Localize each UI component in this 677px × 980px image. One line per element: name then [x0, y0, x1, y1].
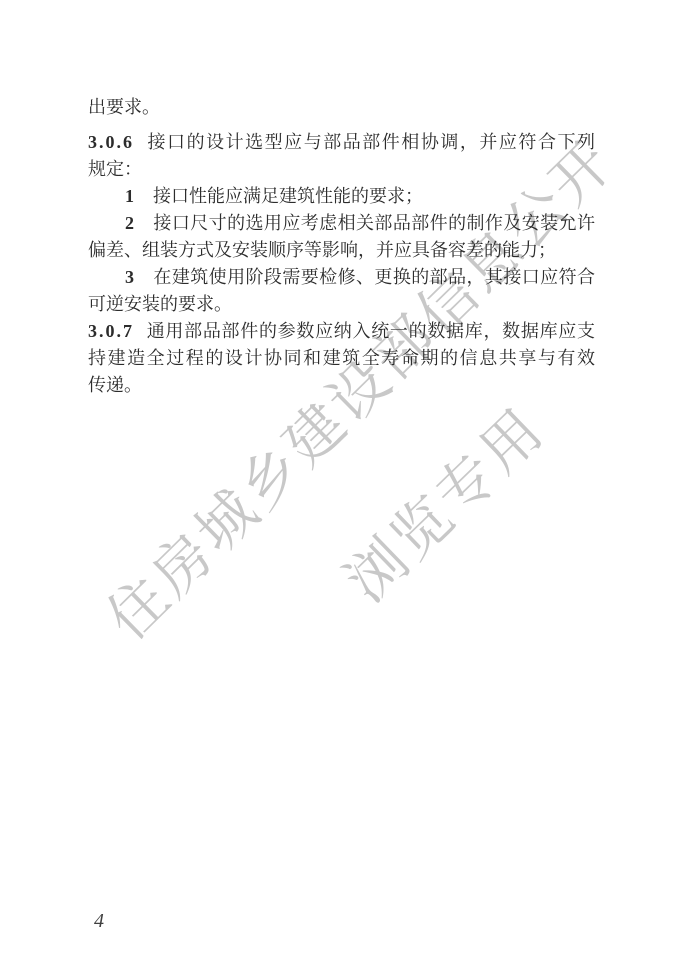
item-number: 1: [125, 186, 134, 206]
item-number: 3.0.6: [88, 132, 134, 152]
text-line: 3.0.6接口的设计选型应与部品部件相协调，并应符合下列: [88, 129, 595, 156]
line-text: 通用部品部件的参数应纳入统一的数据库，数据库应支: [146, 321, 595, 341]
item-number: 2: [125, 213, 134, 233]
text-line: 出要求。: [88, 94, 595, 121]
text-line: 规定：: [88, 156, 595, 183]
line-text: 接口的设计选型应与部品部件相协调，并应符合下列: [146, 132, 595, 152]
line-text: 规定：: [88, 159, 142, 179]
text-line: 偏差、组装方式及安装顺序等影响，并应具备容差的能力；: [88, 237, 595, 264]
page-number: 4: [94, 910, 104, 933]
text-line: 2接口尺寸的选用应考虑相关部品部件的制作及安装允许: [88, 210, 595, 237]
text-line: 持建造全过程的设计协同和建筑全寿命期的信息共享与有效: [88, 345, 595, 372]
line-text: 传递。: [88, 375, 142, 395]
line-text: 接口尺寸的选用应考虑相关部品部件的制作及安装允许: [153, 213, 595, 233]
line-text: 持建造全过程的设计协同和建筑全寿命期的信息共享与有效: [88, 348, 595, 368]
text-line: 3.0.7通用部品部件的参数应纳入统一的数据库，数据库应支: [88, 318, 595, 345]
text-line: 1接口性能应满足建筑性能的要求；: [88, 183, 595, 210]
text-line: 可逆安装的要求。: [88, 291, 595, 318]
item-number: 3.0.7: [88, 321, 134, 341]
line-text: 在建筑使用阶段需要检修、更换的部品，其接口应符合: [153, 267, 595, 287]
document-body: 出要求。3.0.6接口的设计选型应与部品部件相协调，并应符合下列规定：1接口性能…: [88, 94, 595, 399]
document-page: 住房城乡建设部信息公开 浏览专用 出要求。3.0.6接口的设计选型应与部品部件相…: [0, 0, 677, 980]
line-text: 接口性能应满足建筑性能的要求；: [153, 186, 423, 206]
line-text: 出要求。: [88, 97, 160, 117]
item-number: 3: [125, 267, 134, 287]
text-line: 3在建筑使用阶段需要检修、更换的部品，其接口应符合: [88, 264, 595, 291]
line-text: 偏差、组装方式及安装顺序等影响，并应具备容差的能力；: [88, 240, 556, 260]
line-text: 可逆安装的要求。: [88, 294, 232, 314]
text-line: 传递。: [88, 372, 595, 399]
